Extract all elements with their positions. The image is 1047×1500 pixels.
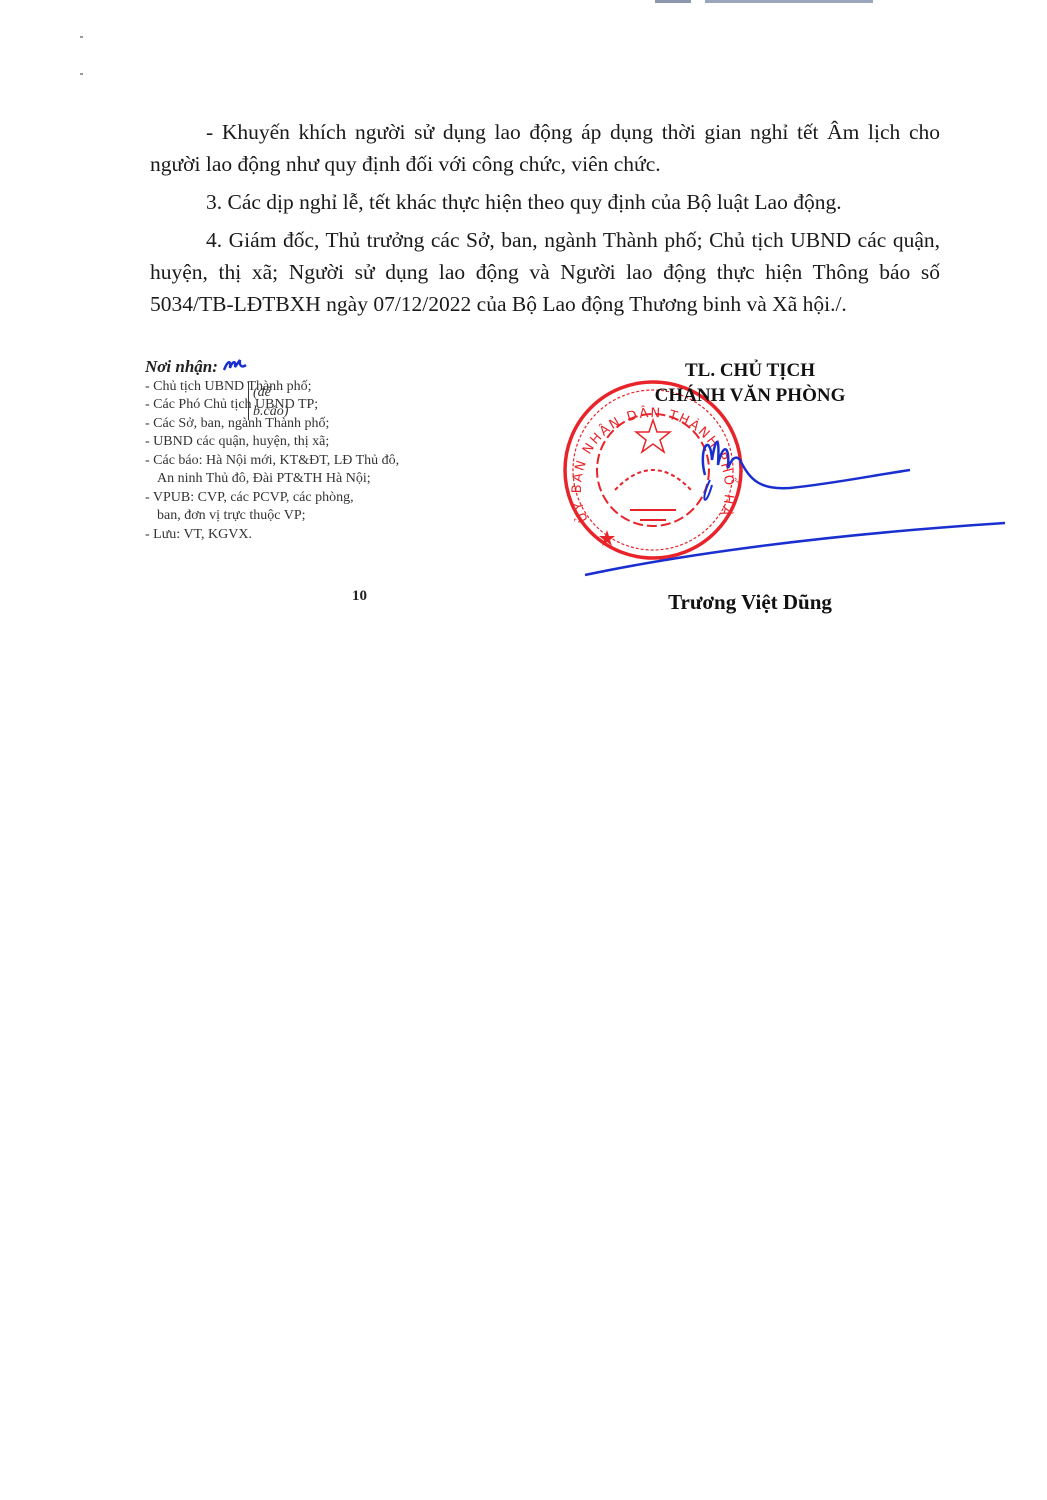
recipient-item: - Lưu: VT, KGVX. bbox=[145, 526, 525, 545]
handwritten-signature-icon bbox=[585, 442, 1005, 575]
signature-block: TL. CHỦ TỊCH CHÁNH VĂN PHÒNG bbox=[580, 358, 920, 408]
recipients-title-text: Nơi nhận: bbox=[145, 357, 218, 376]
paragraph-4-implementation: 4. Giám đốc, Thủ trưởng các Sở, ban, ngà… bbox=[150, 224, 940, 320]
paragraph-encourage-lunar-new-year: - Khuyến khích người sử dụng lao động áp… bbox=[150, 116, 940, 180]
scan-artifact bbox=[655, 0, 691, 3]
report-note: (để b.cáo) bbox=[253, 384, 288, 421]
recipients-title: Nơi nhận: bbox=[145, 356, 525, 377]
recipient-item: - VPUB: CVP, các PCVP, các phòng, bbox=[145, 489, 525, 508]
recipient-item: - UBND các quận, huyện, thị xã; bbox=[145, 433, 525, 452]
recipient-item: - Các Sở, ban, ngành Thành phố; bbox=[145, 415, 525, 434]
signer-name: Trương Việt Dũng bbox=[580, 590, 920, 615]
recipients-block: Nơi nhận: - Chủ tịch UBND Thành phố; - C… bbox=[145, 356, 525, 544]
recipient-item: An ninh Thủ đô, Đài PT&TH Hà Nội; bbox=[145, 470, 525, 489]
recipient-item: - Các báo: Hà Nội mới, KT&ĐT, LĐ Thủ đô, bbox=[145, 452, 525, 471]
recipient-item: - Chủ tịch UBND Thành phố; bbox=[145, 378, 525, 397]
signature-position: CHÁNH VĂN PHÒNG bbox=[580, 383, 920, 408]
recipient-item: - Các Phó Chủ tịch UBND TP; bbox=[145, 396, 525, 415]
report-bracket bbox=[248, 382, 249, 420]
scan-artifact bbox=[705, 0, 873, 3]
scan-artifact-bar bbox=[655, 0, 873, 4]
copies-count: 10 bbox=[352, 588, 367, 605]
initial-scribble-icon bbox=[222, 356, 248, 374]
signature-authority: TL. CHỦ TỊCH bbox=[580, 358, 920, 383]
scan-speck bbox=[80, 36, 83, 38]
report-note-line: (để bbox=[253, 384, 288, 403]
document-body: - Khuyến khích người sử dụng lao động áp… bbox=[150, 116, 940, 326]
report-note-line: b.cáo) bbox=[253, 403, 288, 422]
paragraph-3-other-holidays: 3. Các dịp nghỉ lễ, tết khác thực hiện t… bbox=[150, 186, 940, 218]
recipient-item: ban, đơn vị trực thuộc VP; bbox=[145, 507, 525, 526]
scan-speck bbox=[80, 73, 83, 75]
